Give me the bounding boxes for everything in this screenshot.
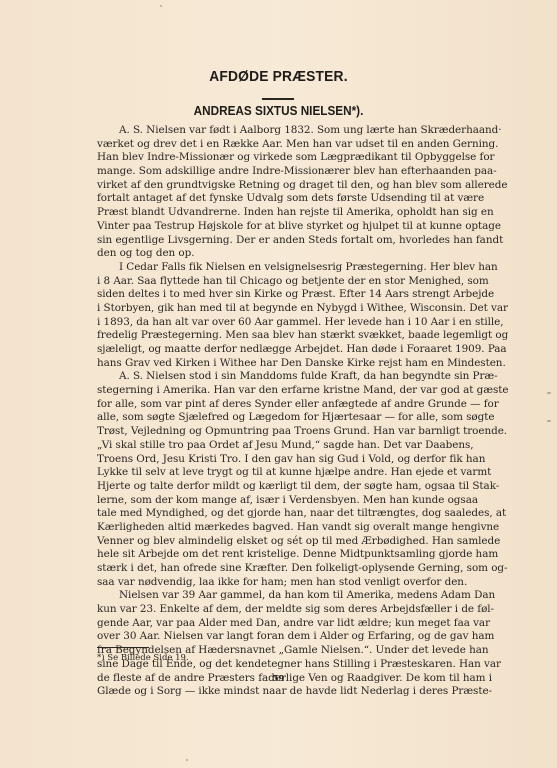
- text-line: gende Aar, var paa Alder med Dan, andre …: [97, 617, 465, 631]
- text-line: virket af den grundtvigske Retning og dr…: [97, 179, 465, 193]
- text-line: hele sit Arbejde om det rent kristelige.…: [97, 548, 465, 562]
- text-line: fredelig Præstegerning. Men saa blev han…: [97, 329, 465, 343]
- text-line: værket og drev det i en Række Aar. Men h…: [97, 138, 465, 152]
- text-line: i Storbyen, gik han med til at begynde e…: [97, 302, 465, 316]
- text-line: kun var 23. Enkelte af dem, der meldte s…: [97, 603, 465, 617]
- text-line: siden deltes i to med hver sin Kirke og …: [97, 288, 465, 302]
- text-line: i 8 Aar. Saa flyttede han til Chicago og…: [97, 275, 465, 289]
- text-line: A. S. Nielsen var født i Aalborg 1832. S…: [97, 124, 465, 138]
- text-line: saa var nødvendig, laa ikke for ham; men…: [97, 576, 465, 590]
- text-line: Nielsen var 39 Aar gammel, da han kom ti…: [97, 589, 465, 603]
- text-line: Venner og blev almindelig elsket og sét …: [97, 535, 465, 549]
- text-line: tale med Myndighed, og det gjorde han, n…: [97, 507, 465, 521]
- text-line: sin egentlige Livsgerning. Der er anden …: [97, 234, 465, 248]
- text-line: i 1893, da han alt var over 60 Aar gamme…: [97, 316, 465, 330]
- text-line: Kærligheden altid mærkedes bagved. Han v…: [97, 521, 465, 535]
- paper-speck: [547, 420, 551, 422]
- text-line: stærk i det, han ofrede sine Kræfter. De…: [97, 562, 465, 576]
- footnote-divider: [97, 647, 149, 648]
- text-line: Lykke til selv at leve trygt og til at k…: [97, 466, 465, 480]
- book-page: AFDØDE PRÆSTER. ANDREAS SIXTUS NIELSEN*)…: [0, 0, 557, 768]
- text-line: „Vi skal stille tro paa Ordet af Jesu Mu…: [97, 439, 465, 453]
- text-line: A. S. Nielsen stod i sin Manddoms fulde …: [97, 370, 465, 384]
- text-line: for alle, som var pint af deres Synder e…: [97, 398, 465, 412]
- footnote: *) Se Billede Side 19.: [97, 653, 189, 663]
- text-line: den og tog den op.: [97, 247, 465, 261]
- paper-speck: [160, 5, 162, 7]
- text-line: hans Grav ved Kirken i Withee har Den Da…: [97, 357, 465, 371]
- text-line: stegerning i Amerika. Han var den erfarn…: [97, 384, 465, 398]
- text-line: I Cedar Falls fik Nielsen en velsignelse…: [97, 261, 465, 275]
- text-line: lerne, som der kom mange af, især i Verd…: [97, 494, 465, 508]
- text-line: Hjerte og talte derfor mildt og kærligt …: [97, 480, 465, 494]
- text-line: fortalt antaget af det fynske Udvalg som…: [97, 192, 465, 206]
- section-heading: ANDREAS SIXTUS NIELSEN*).: [17, 104, 541, 118]
- text-line: alle, som søgte Sjælefred og Lægedom for…: [97, 411, 465, 425]
- text-line: Vinter paa Testrup Højskole for at blive…: [97, 220, 465, 234]
- text-line: sjæleligt, og maatte derfor nedlægge Arb…: [97, 343, 465, 357]
- text-line: over 30 Aar. Nielsen var langt foran dem…: [97, 630, 465, 644]
- text-line: mange. Som adskillige andre Indre-Missio…: [97, 165, 465, 179]
- text-line: Glæde og i Sorg — ikke mindst naar de ha…: [97, 685, 465, 699]
- page-title: AFDØDE PRÆSTER.: [22, 68, 534, 85]
- page-number: 59: [0, 674, 557, 684]
- text-line: Han blev Indre-Missionær og virkede som …: [97, 151, 465, 165]
- paper-speck: [186, 759, 188, 761]
- text-line: Præst blandt Udvandrerne. Inden han rejs…: [97, 206, 465, 220]
- text-line: Troens Ord, Jesu Kristi Tro. I den gav h…: [97, 453, 465, 467]
- text-line: Trøst, Vejledning og Opmuntring paa Troe…: [97, 425, 465, 439]
- paper-speck: [547, 392, 551, 394]
- article-body: A. S. Nielsen var født i Aalborg 1832. S…: [97, 124, 465, 699]
- title-divider: [262, 98, 294, 100]
